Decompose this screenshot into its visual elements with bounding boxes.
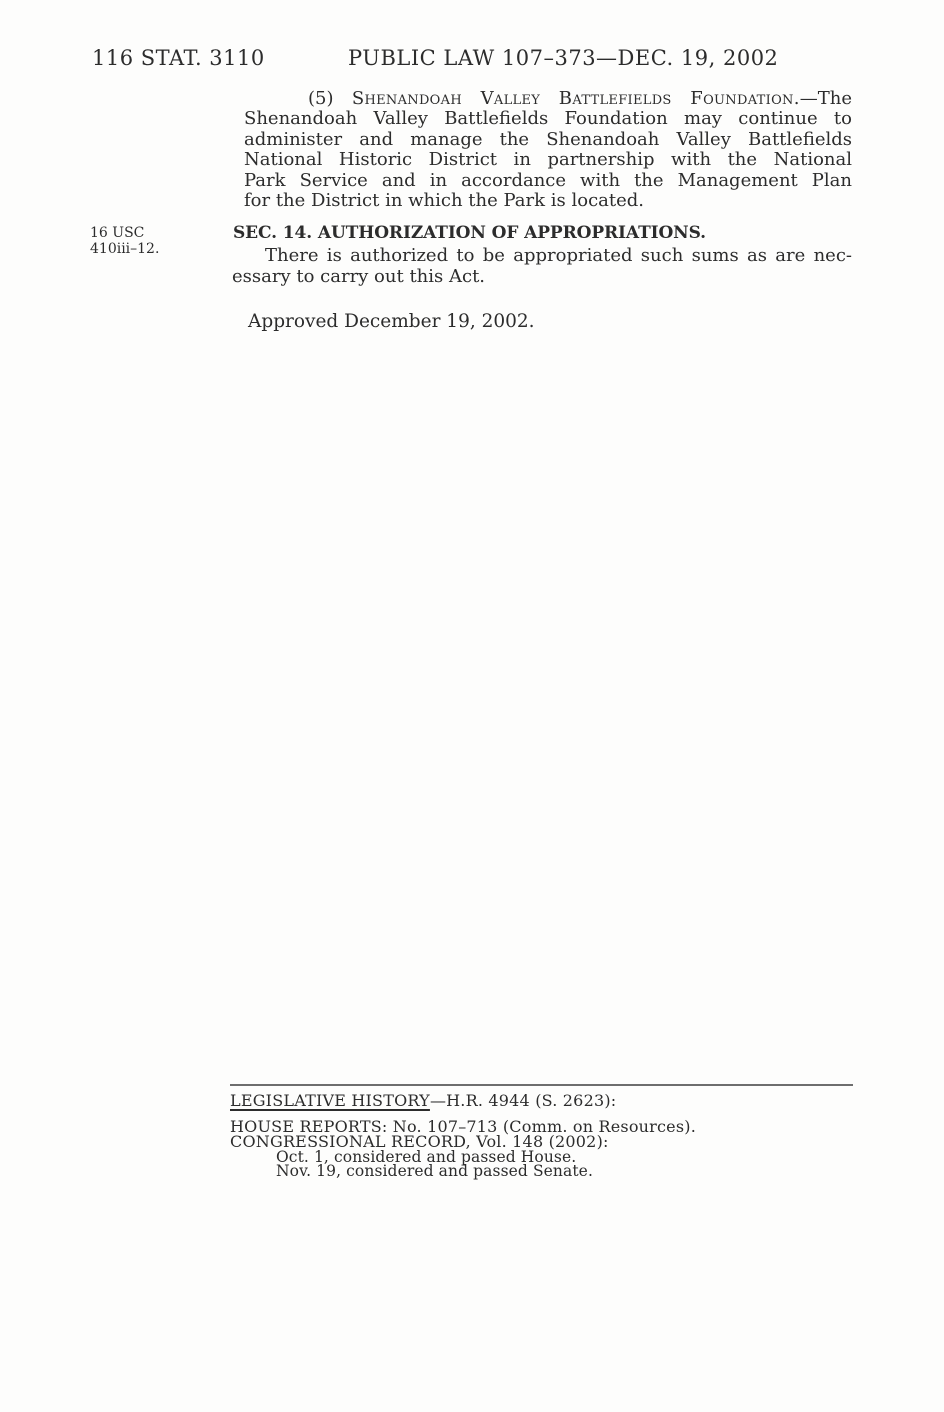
stat-page-number: 116 STAT. 3110 bbox=[92, 46, 265, 70]
uscode-margin-note-line-1: 16 USC bbox=[90, 226, 220, 242]
uscode-margin-note: 16 USC 410iii–12. bbox=[90, 226, 220, 257]
paragraph-5-line-3: administer and manage the Shenandoah Val… bbox=[244, 130, 852, 150]
section-14-body: There is authorized to be appropriated s… bbox=[232, 246, 852, 287]
public-law-header: PUBLIC LAW 107–373—DEC. 19, 2002 bbox=[348, 46, 778, 70]
paragraph-number: (5) bbox=[308, 88, 352, 109]
record-item-senate: Nov. 19, considered and passed Senate. bbox=[276, 1162, 593, 1180]
paragraph-5-line-5: Park Service and in accordance with the … bbox=[244, 171, 852, 191]
paragraph-5-line-6: for the District in which the Park is lo… bbox=[244, 191, 852, 211]
paragraph-5-smallcaps-title: Shenandoah Valley Battlefields Foundatio… bbox=[352, 88, 800, 109]
legislative-history-rule bbox=[230, 1084, 853, 1086]
statute-page: 116 STAT. 3110 PUBLIC LAW 107–373—DEC. 1… bbox=[0, 0, 944, 1412]
legislative-history-heading: LEGISLATIVE HISTORY—H.R. 4944 (S. 2623): bbox=[230, 1091, 616, 1110]
section-14-body-line-1: There is authorized to be appropriated s… bbox=[232, 246, 852, 267]
legislative-history-underlined-label: LEGISLATIVE HISTORY bbox=[230, 1091, 430, 1110]
paragraph-5-line-2: Shenandoah Valley Battlefields Foundatio… bbox=[244, 109, 852, 129]
uscode-margin-note-line-2: 410iii–12. bbox=[90, 242, 220, 258]
approval-date-line: Approved December 19, 2002. bbox=[248, 311, 535, 332]
section-14-heading: SEC. 14. AUTHORIZATION OF APPROPRIATIONS… bbox=[233, 223, 706, 243]
section-14-body-line-2: essary to carry out this Act. bbox=[232, 267, 852, 288]
paragraph-5: (5) Shenandoah Valley Battlefields Found… bbox=[244, 89, 852, 211]
paragraph-5-line-4: National Historic District in partnershi… bbox=[244, 150, 852, 170]
legislative-history-bill-numbers: —H.R. 4944 (S. 2623): bbox=[430, 1091, 616, 1110]
paragraph-5-line-1: (5) Shenandoah Valley Battlefields Found… bbox=[244, 89, 852, 109]
paragraph-5-dash-text: —The bbox=[800, 88, 852, 109]
